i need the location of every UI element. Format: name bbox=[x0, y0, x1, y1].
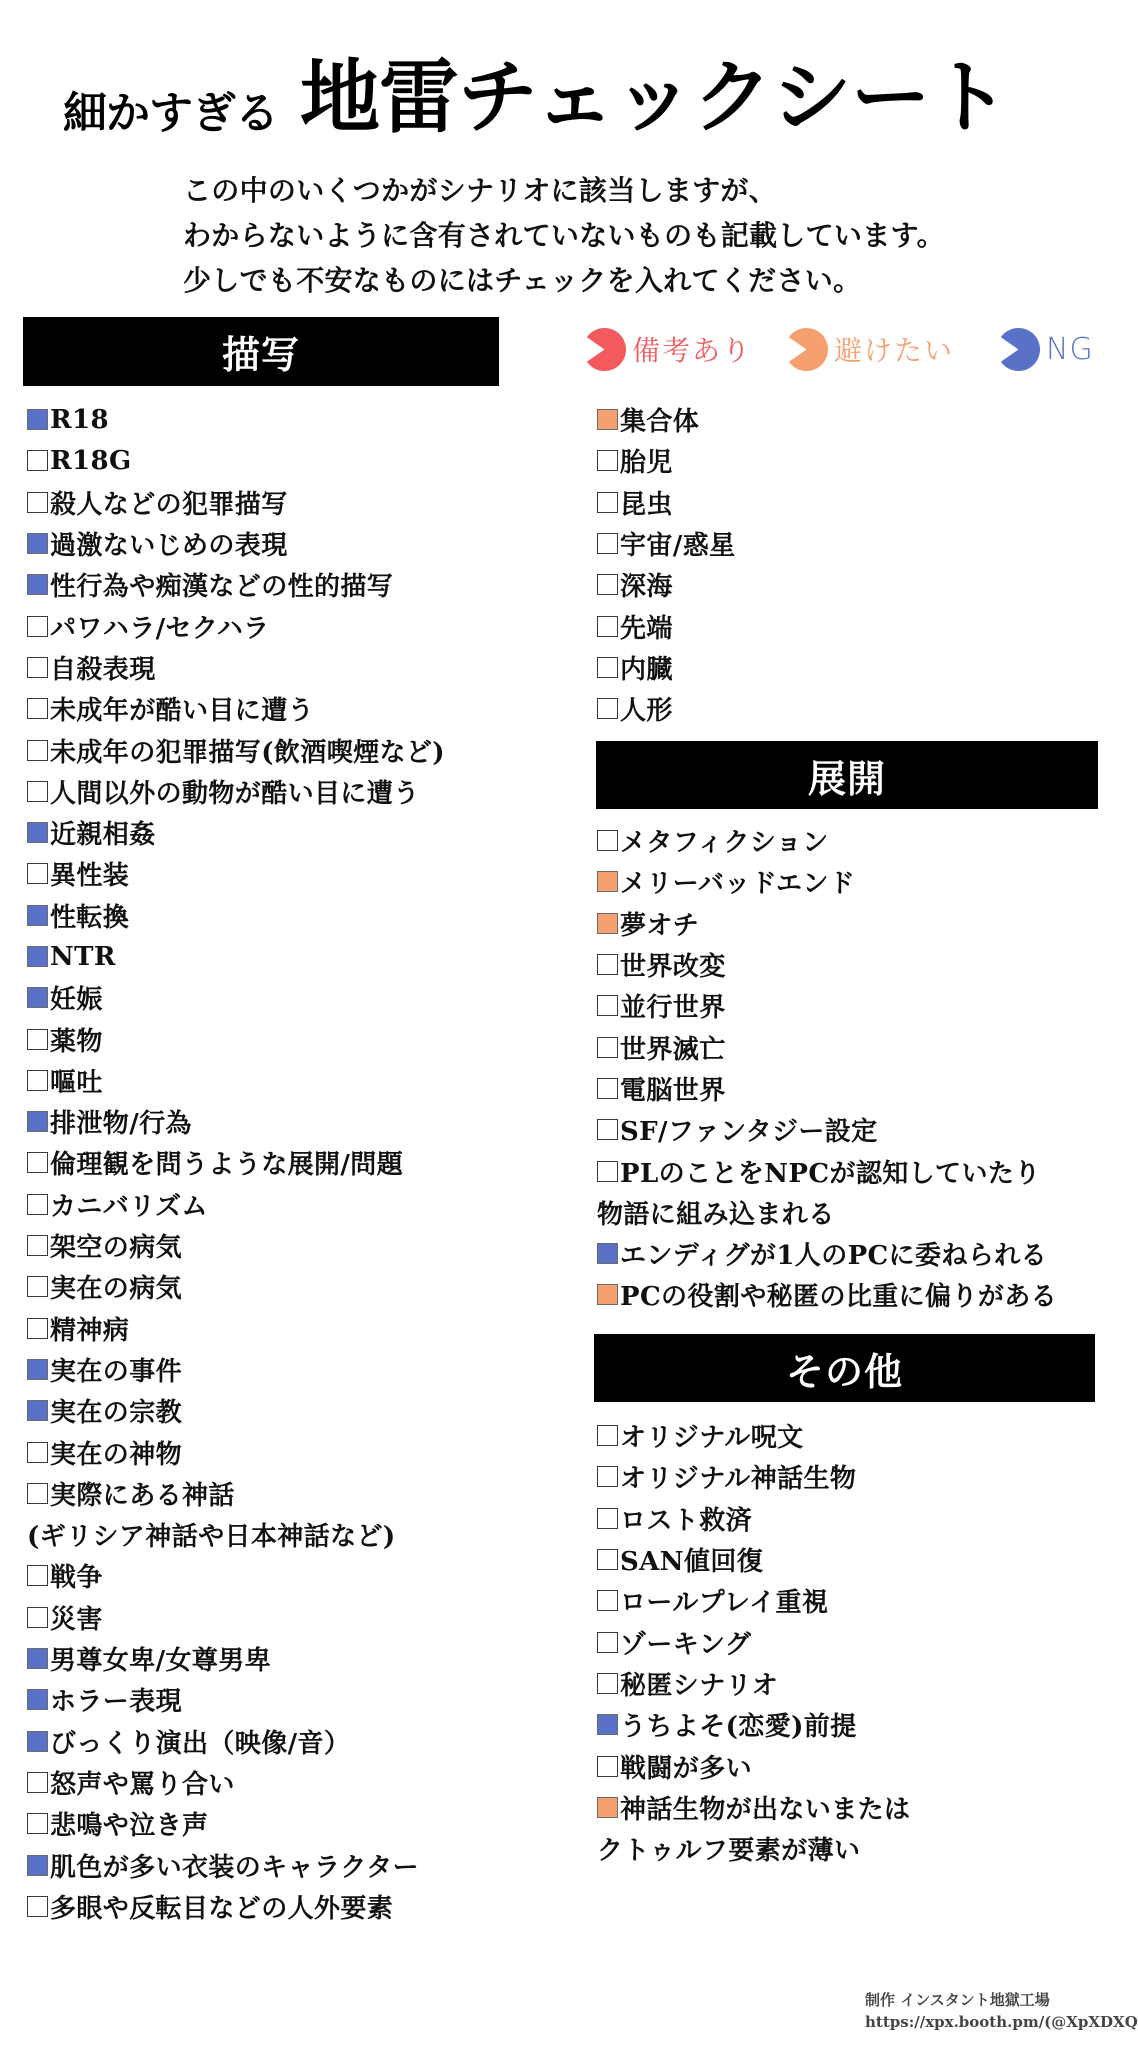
checkbox[interactable] bbox=[597, 1284, 618, 1305]
checkbox[interactable] bbox=[597, 1508, 618, 1529]
checklist-item: 胎児 bbox=[597, 440, 736, 481]
item-label: パワハラ/セクハラ bbox=[50, 608, 270, 645]
item-label: 実在の神物 bbox=[50, 1434, 182, 1471]
checkbox[interactable] bbox=[27, 1565, 48, 1586]
checklist-item: 排泄物/行為 bbox=[27, 1101, 445, 1142]
item-label: オリジナル呪文 bbox=[620, 1417, 804, 1454]
checkbox[interactable] bbox=[597, 450, 618, 471]
item-label: 秘匿シナリオ bbox=[620, 1665, 778, 1702]
checklist-item: 戦闘が多い bbox=[597, 1745, 910, 1786]
checkbox[interactable] bbox=[27, 1607, 48, 1628]
checklist-item: 災害 bbox=[27, 1597, 445, 1638]
checklist-development: メタフィクション メリーバッドエンド 夢オチ 世界改変 並行世界 世界滅亡 電脳… bbox=[597, 820, 1057, 1316]
checkbox[interactable] bbox=[27, 698, 48, 719]
item-label: 昆虫 bbox=[620, 484, 673, 521]
item-label: 実在の宗教 bbox=[50, 1392, 182, 1429]
checklist-item: 実際にある神話 bbox=[27, 1473, 445, 1514]
description-line: 少しでも不安なものにはチェックを入れてください。 bbox=[183, 258, 945, 303]
item-label: 集合体 bbox=[620, 401, 699, 438]
checkbox[interactable] bbox=[27, 740, 48, 761]
checklist-item: パワハラ/セクハラ bbox=[27, 605, 445, 646]
item-label: 倫理観を問うような展開/問題 bbox=[50, 1144, 403, 1181]
checklist-item: R18G bbox=[27, 440, 445, 481]
checkbox[interactable] bbox=[27, 1318, 48, 1339]
section-title: 描写 bbox=[222, 324, 300, 379]
item-label: 電脳世界 bbox=[620, 1070, 726, 1107]
checkbox[interactable] bbox=[597, 954, 618, 975]
checkbox[interactable] bbox=[597, 1673, 618, 1694]
item-label-line2: クトゥルフ要素が薄い bbox=[597, 1830, 860, 1867]
checkbox[interactable] bbox=[27, 616, 48, 637]
item-label: 人間以外の動物が酷い目に遭う bbox=[50, 773, 420, 810]
footer-url[interactable]: https://xpx.booth.pm/(@XpXDXQ) bbox=[865, 2011, 1138, 2033]
checklist-item: 世界改変 bbox=[597, 944, 1057, 985]
item-label: 災害 bbox=[50, 1599, 103, 1636]
pacman-marker-icon bbox=[997, 328, 1040, 371]
checklist-item: 異性装 bbox=[27, 853, 445, 894]
item-label: 世界滅亡 bbox=[620, 1029, 726, 1066]
item-label: 過激ないじめの表現 bbox=[50, 525, 288, 562]
item-label: 実在の病気 bbox=[50, 1268, 182, 1305]
checklist-item: 夢オチ bbox=[597, 903, 1057, 944]
checklist-item: 肌色が多い衣装のキャラクター bbox=[27, 1844, 445, 1885]
checklist-item: 並行世界 bbox=[597, 985, 1057, 1026]
checklist-item: R18 bbox=[27, 399, 445, 440]
item-label-line2: (ギリシア神話や日本神話など) bbox=[27, 1516, 396, 1553]
item-label: R18G bbox=[50, 446, 132, 476]
item-label: 性転換 bbox=[50, 897, 129, 934]
checkbox[interactable] bbox=[27, 533, 48, 554]
item-label: カニバリズム bbox=[50, 1186, 208, 1223]
checklist-item: 集合体 bbox=[597, 399, 736, 440]
item-label-line2: 物語に組み込まれる bbox=[597, 1194, 835, 1231]
checkbox[interactable] bbox=[597, 830, 618, 851]
checklist-item: 悲鳴や泣き声 bbox=[27, 1803, 445, 1844]
checklist-item: エンディグが1人のPCに委ねられる bbox=[597, 1233, 1057, 1274]
checklist-item: 宇宙/惑星 bbox=[597, 523, 736, 564]
checkbox[interactable] bbox=[27, 1029, 48, 1050]
item-label: SAN値回復 bbox=[620, 1541, 763, 1578]
checklist-item: 殺人などの犯罪描写 bbox=[27, 482, 445, 523]
pacman-marker-icon bbox=[583, 328, 626, 371]
item-label: 戦闘が多い bbox=[620, 1748, 752, 1785]
checklist-item: うちよそ(恋愛)前提 bbox=[597, 1704, 910, 1745]
checklist-item: 未成年の犯罪描写(飲酒喫煙など) bbox=[27, 729, 445, 770]
legend-item-avoid: 避けたい bbox=[785, 327, 954, 371]
legend-item-ng: NG bbox=[997, 327, 1094, 371]
checklist-item: 過激ないじめの表現 bbox=[27, 523, 445, 564]
checkbox[interactable] bbox=[27, 492, 48, 513]
checkbox[interactable] bbox=[27, 1194, 48, 1215]
description: この中のいくつかがシナリオに該当しますが、 わからないように含有されていないもの… bbox=[183, 168, 945, 303]
checklist-item: メリーバッドエンド bbox=[597, 861, 1057, 902]
checkbox[interactable] bbox=[597, 1425, 618, 1446]
item-label: エンディグが1人のPCに委ねられる bbox=[620, 1235, 1047, 1272]
checklist-item: オリジナル神話生物 bbox=[597, 1456, 910, 1497]
checklist-item: ロールプレイ重視 bbox=[597, 1580, 910, 1621]
item-label: びっくり演出（映像/音） bbox=[50, 1723, 350, 1760]
legend-label: 避けたい bbox=[834, 329, 954, 369]
checklist-item: 秘匿シナリオ bbox=[597, 1663, 910, 1704]
checklist-item: 性行為や痴漢などの性的描写 bbox=[27, 564, 445, 605]
item-label: メリーバッドエンド bbox=[620, 863, 855, 900]
item-label: ゾーキング bbox=[620, 1624, 751, 1661]
checklist-item: ホラー表現 bbox=[27, 1679, 445, 1720]
item-label: 架空の病気 bbox=[50, 1227, 182, 1264]
checkbox[interactable] bbox=[597, 1590, 618, 1611]
checkbox[interactable] bbox=[27, 1111, 48, 1132]
checkbox[interactable] bbox=[597, 657, 618, 678]
checklist-item: PLのことをNPCが認知していたり bbox=[597, 1150, 1057, 1191]
checklist-item: SF/ファンタジー設定 bbox=[597, 1109, 1057, 1150]
checkbox[interactable] bbox=[597, 1466, 618, 1487]
checklist-item: オリジナル呪文 bbox=[597, 1415, 910, 1456]
page-title: 地雷チェックシート bbox=[300, 56, 1009, 140]
item-label: 世界改変 bbox=[620, 946, 726, 983]
checklist-item: NTR bbox=[27, 936, 445, 977]
item-label: 内臓 bbox=[620, 649, 673, 686]
checklist-item: 実在の病気 bbox=[27, 1266, 445, 1307]
item-label: 並行世界 bbox=[620, 987, 726, 1024]
checkbox[interactable] bbox=[597, 1797, 618, 1818]
checkbox[interactable] bbox=[597, 1119, 618, 1140]
legend-label: NG bbox=[1046, 332, 1094, 367]
item-label: 殺人などの犯罪描写 bbox=[50, 484, 288, 521]
checklist-item-continuation: (ギリシア神話や日本神話など) bbox=[27, 1514, 445, 1555]
item-label: 深海 bbox=[620, 566, 673, 603]
checklist-depiction-continued: 集合体 胎児 昆虫 宇宙/惑星 深海 先端 内臓 人形 bbox=[597, 399, 736, 729]
checklist-item: 実在の事件 bbox=[27, 1349, 445, 1390]
checklist-item: ゾーキング bbox=[597, 1621, 910, 1662]
item-label: 肌色が多い衣装のキャラクター bbox=[50, 1847, 419, 1884]
item-label: 男尊女卑/女尊男卑 bbox=[50, 1640, 271, 1677]
pacman-marker-icon bbox=[785, 328, 828, 371]
checkbox[interactable] bbox=[597, 1549, 618, 1570]
item-label: 宇宙/惑星 bbox=[620, 525, 736, 562]
checklist-other: オリジナル呪文 オリジナル神話生物 ロスト救済 SAN値回復 ロールプレイ重視 … bbox=[597, 1415, 910, 1869]
checklist-item: 妊娠 bbox=[27, 977, 445, 1018]
item-label: 多眼や反転目などの人外要素 bbox=[50, 1888, 393, 1925]
item-label: 悲鳴や泣き声 bbox=[50, 1805, 208, 1842]
item-label: 嘔吐 bbox=[50, 1062, 103, 1099]
item-label: 夢オチ bbox=[620, 905, 699, 942]
item-label: うちよそ(恋愛)前提 bbox=[620, 1706, 857, 1743]
item-label: 薬物 bbox=[50, 1021, 103, 1058]
checkbox[interactable] bbox=[597, 995, 618, 1016]
checklist-item: 近親相姦 bbox=[27, 812, 445, 853]
item-label: ロスト救済 bbox=[620, 1500, 752, 1537]
checklist-item: 人間以外の動物が酷い目に遭う bbox=[27, 771, 445, 812]
item-label: オリジナル神話生物 bbox=[620, 1458, 856, 1495]
item-label: 神話生物が出ないまたは bbox=[620, 1789, 910, 1826]
checkbox[interactable] bbox=[597, 533, 618, 554]
checkbox[interactable] bbox=[597, 1161, 618, 1182]
checkbox[interactable] bbox=[27, 1070, 48, 1091]
checkbox[interactable] bbox=[597, 1756, 618, 1777]
item-label: NTR bbox=[50, 942, 116, 972]
checkbox[interactable] bbox=[27, 574, 48, 595]
checklist-item: PCの役割や秘匿の比重に偏りがある bbox=[597, 1274, 1057, 1315]
item-label: 先端 bbox=[620, 608, 673, 645]
checklist-item: メタフィクション bbox=[597, 820, 1057, 861]
item-label: 精神病 bbox=[50, 1310, 129, 1347]
checkbox[interactable] bbox=[27, 1855, 48, 1876]
checkbox[interactable] bbox=[27, 1648, 48, 1669]
description-line: わからないように含有されていないものも記載しています。 bbox=[183, 213, 945, 258]
item-label: ロールプレイ重視 bbox=[620, 1582, 828, 1619]
checklist-item: 自殺表現 bbox=[27, 647, 445, 688]
item-label: 妊娠 bbox=[50, 979, 103, 1016]
section-title: 展開 bbox=[808, 748, 886, 803]
item-label: 実在の事件 bbox=[50, 1351, 182, 1388]
footer: 制作 インスタント地獄工場 https://xpx.booth.pm/(@XpX… bbox=[865, 1989, 1138, 2033]
checkbox[interactable] bbox=[597, 409, 618, 430]
checklist-item: 男尊女卑/女尊男卑 bbox=[27, 1638, 445, 1679]
item-label: 未成年が酷い目に遭う bbox=[50, 690, 314, 727]
item-label: 未成年の犯罪描写(飲酒喫煙など) bbox=[50, 732, 445, 769]
checklist-item: 深海 bbox=[597, 564, 736, 605]
footer-credit: 制作 インスタント地獄工場 bbox=[865, 1989, 1138, 2011]
checklist-item: 実在の神物 bbox=[27, 1431, 445, 1472]
checklist-item: 戦争 bbox=[27, 1555, 445, 1596]
checklist-item: 薬物 bbox=[27, 1018, 445, 1059]
checklist-item-continuation: クトゥルフ要素が薄い bbox=[597, 1828, 910, 1869]
checklist-item: 精神病 bbox=[27, 1308, 445, 1349]
checklist-item: びっくり演出（映像/音） bbox=[27, 1721, 445, 1762]
checkbox[interactable] bbox=[27, 822, 48, 843]
checkbox[interactable] bbox=[27, 1442, 48, 1463]
item-label: 人形 bbox=[620, 690, 673, 727]
checklist-item: 人形 bbox=[597, 688, 736, 729]
item-label: メタフィクション bbox=[620, 822, 829, 859]
checkbox[interactable] bbox=[597, 616, 618, 637]
checkbox[interactable] bbox=[597, 574, 618, 595]
description-line: この中のいくつかがシナリオに該当しますが、 bbox=[183, 168, 945, 213]
checkbox[interactable] bbox=[27, 1772, 48, 1793]
checklist-item: SAN値回復 bbox=[597, 1539, 910, 1580]
checkbox[interactable] bbox=[597, 1078, 618, 1099]
checklist-item: 神話生物が出ないまたは bbox=[597, 1787, 910, 1828]
item-label: SF/ファンタジー設定 bbox=[620, 1111, 878, 1148]
checkbox[interactable] bbox=[27, 781, 48, 802]
checklist-item: 先端 bbox=[597, 605, 736, 646]
checklist-depiction: R18 R18G 殺人などの犯罪描写 過激ないじめの表現 性行為や痴漢などの性的… bbox=[27, 399, 445, 1927]
checklist-item: 未成年が酷い目に遭う bbox=[27, 688, 445, 729]
checkbox[interactable] bbox=[27, 1689, 48, 1710]
checklist-item-continuation: 物語に組み込まれる bbox=[597, 1192, 1057, 1233]
item-label: 異性装 bbox=[50, 855, 129, 892]
checkbox[interactable] bbox=[27, 1731, 48, 1752]
checklist-item: 多眼や反転目などの人外要素 bbox=[27, 1886, 445, 1927]
checkbox[interactable] bbox=[27, 1276, 48, 1297]
checklist-item: 内臓 bbox=[597, 647, 736, 688]
checklist-item: 架空の病気 bbox=[27, 1225, 445, 1266]
checklist-item: ロスト救済 bbox=[597, 1498, 910, 1539]
checkbox[interactable] bbox=[27, 1400, 48, 1421]
checkbox[interactable] bbox=[27, 1152, 48, 1173]
checkbox[interactable] bbox=[597, 698, 618, 719]
item-label: 自殺表現 bbox=[50, 649, 156, 686]
checklist-item: 昆虫 bbox=[597, 482, 736, 523]
checkbox[interactable] bbox=[27, 863, 48, 884]
section-header-other: その他 bbox=[594, 1334, 1095, 1402]
checkbox[interactable] bbox=[27, 905, 48, 926]
section-title: その他 bbox=[786, 1341, 903, 1396]
item-label: 近親相姦 bbox=[50, 814, 156, 851]
checkbox[interactable] bbox=[597, 1243, 618, 1264]
section-header-depiction: 描写 bbox=[23, 317, 499, 386]
checkbox[interactable] bbox=[27, 657, 48, 678]
checkbox[interactable] bbox=[27, 1813, 48, 1834]
item-label: PCの役割や秘匿の比重に偏りがある bbox=[620, 1276, 1057, 1313]
checklist-item: 嘔吐 bbox=[27, 1060, 445, 1101]
checkbox[interactable] bbox=[27, 1235, 48, 1256]
legend-item-note: 備考あり bbox=[583, 327, 752, 371]
checkbox[interactable] bbox=[597, 913, 618, 934]
checkbox[interactable] bbox=[597, 1632, 618, 1653]
item-label: ホラー表現 bbox=[50, 1681, 182, 1718]
checklist-item: 世界滅亡 bbox=[597, 1026, 1057, 1067]
item-label: 性行為や痴漢などの性的描写 bbox=[50, 566, 393, 603]
checkbox[interactable] bbox=[27, 409, 48, 430]
checklist-item: 怒声や罵り合い bbox=[27, 1762, 445, 1803]
checklist-item: 電脳世界 bbox=[597, 1068, 1057, 1109]
checkbox[interactable] bbox=[597, 871, 618, 892]
item-label: PLのことをNPCが認知していたり bbox=[620, 1153, 1041, 1190]
item-label: R18 bbox=[50, 405, 109, 435]
legend-label: 備考あり bbox=[632, 329, 752, 369]
title-prefix: 細かすぎる bbox=[63, 90, 278, 138]
checkbox[interactable] bbox=[597, 1714, 618, 1735]
item-label: 排泄物/行為 bbox=[50, 1103, 192, 1140]
checkbox[interactable] bbox=[27, 987, 48, 1008]
checkbox[interactable] bbox=[597, 1037, 618, 1058]
checkbox[interactable] bbox=[27, 946, 48, 967]
checkbox[interactable] bbox=[597, 492, 618, 513]
checklist-item: 性転換 bbox=[27, 895, 445, 936]
item-label: 戦争 bbox=[50, 1557, 103, 1594]
checklist-item: 倫理観を問うような展開/問題 bbox=[27, 1142, 445, 1183]
item-label: 怒声や罵り合い bbox=[50, 1764, 235, 1801]
checkbox[interactable] bbox=[27, 450, 48, 471]
section-header-development: 展開 bbox=[596, 741, 1098, 809]
checklist-item: カニバリズム bbox=[27, 1184, 445, 1225]
checklist-item: 実在の宗教 bbox=[27, 1390, 445, 1431]
item-label: 胎児 bbox=[620, 442, 673, 479]
checkbox[interactable] bbox=[27, 1359, 48, 1380]
item-label: 実際にある神話 bbox=[50, 1475, 235, 1512]
checkbox[interactable] bbox=[27, 1896, 48, 1917]
checkbox[interactable] bbox=[27, 1483, 48, 1504]
